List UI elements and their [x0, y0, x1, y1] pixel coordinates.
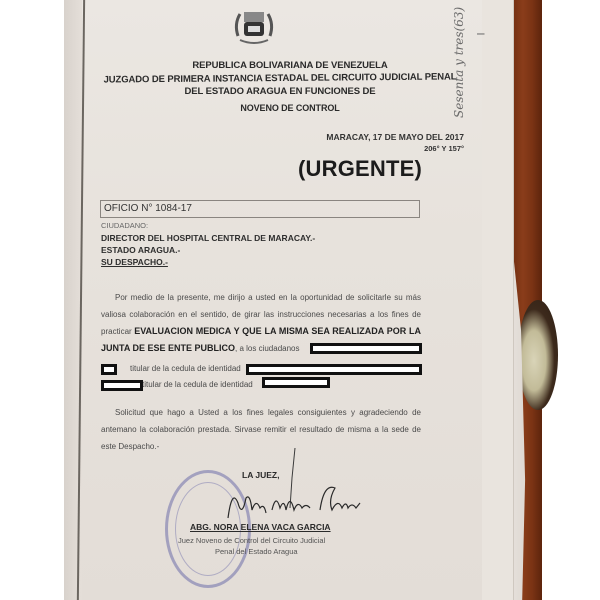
- p2-text: Solicitud que hago a Usted a los fines l…: [101, 408, 421, 451]
- margin-mark: I: [476, 32, 488, 35]
- signature-title: LA JUEZ,: [242, 470, 279, 480]
- document-era: 206° Y 157°: [424, 144, 464, 153]
- redaction-box: [246, 364, 422, 375]
- margin-handwritten-note: Sesenta y tres(63): [452, 7, 466, 118]
- recipient-line1: DIRECTOR DEL HOSPITAL CENTRAL DE MARACAY…: [101, 233, 315, 243]
- mug: [518, 300, 558, 410]
- redaction-box: [101, 364, 117, 375]
- redaction-box: [310, 343, 422, 354]
- oficio-number: OFICIO N° 1084-17: [104, 203, 192, 214]
- urgent-label: (URGENTE): [298, 156, 422, 182]
- document-date: MARACAY, 17 DE MAYO DEL 2017: [326, 132, 464, 142]
- p1-after: , a los ciudadanos: [235, 344, 300, 353]
- header-republic: REPUBLICA BOLIVARIANA DE VENEZUELA: [100, 60, 480, 71]
- id-line-2: titular de la cedula de identidad: [142, 376, 262, 393]
- header-control: NOVENO DE CONTROL: [100, 103, 480, 113]
- recipient-line2: ESTADO ARAGUA.-: [101, 245, 180, 255]
- judge-role-line1: Juez Noveno de Control del Circuito Judi…: [178, 536, 325, 545]
- recipient-line3: SU DESPACHO.-: [101, 257, 168, 267]
- header-state: DEL ESTADO ARAGUA EN FUNCIONES DE: [90, 86, 470, 97]
- redaction-box: [101, 380, 143, 391]
- id-line-1: titular de la cedula de identidad: [130, 360, 250, 377]
- coat-of-arms-icon: [230, 6, 278, 48]
- judge-role-line2: Penal del Estado Aragua: [215, 547, 298, 556]
- judge-name: ABG. NORA ELENA VACA GARCIA: [190, 522, 331, 532]
- handwritten-signature: [220, 448, 370, 528]
- redaction-box: [262, 377, 330, 388]
- document-photo: REPUBLICA BOLIVARIANA DE VENEZUELA JUZGA…: [0, 0, 600, 600]
- recipient-salutation: CIUDADANO:: [101, 221, 148, 230]
